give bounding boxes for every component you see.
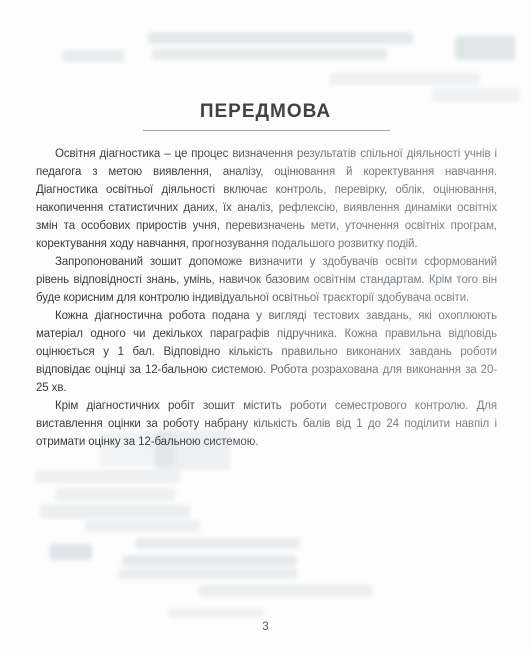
preface-paragraphs: Освітня діагностика – це процес визначен… <box>36 145 497 451</box>
paragraph: Освітня діагностика – це процес визначен… <box>36 145 497 253</box>
scanned-book-page: ПЕРЕДМОВА Освітня діагностика – це проце… <box>0 0 531 650</box>
bleed-through-artifact <box>35 470 180 483</box>
paragraph: Кожна діагностична робота подана у вигля… <box>36 307 497 397</box>
bleed-through-artifact <box>198 585 373 597</box>
bleed-through-artifact <box>40 505 190 518</box>
page-title: ПЕРЕДМОВА <box>0 101 531 123</box>
bleed-through-artifact <box>432 88 520 102</box>
page-number: 3 <box>0 621 531 633</box>
paragraph: Запропонований зошит допоможе визначити … <box>36 253 497 307</box>
bleed-through-artifact <box>455 36 515 60</box>
bleed-through-artifact <box>152 49 387 60</box>
bleed-through-artifact <box>330 73 480 85</box>
title-underline-rule <box>143 130 390 131</box>
bleed-through-artifact <box>122 555 297 566</box>
paragraph: Крім діагностичних робіт зошит містить р… <box>36 397 497 451</box>
bleed-through-artifact <box>85 520 200 532</box>
bleed-through-artifact <box>50 544 92 560</box>
bleed-through-artifact <box>55 488 175 501</box>
bleed-through-artifact <box>168 608 263 618</box>
bleed-through-artifact <box>135 538 300 549</box>
bleed-through-artifact <box>118 568 298 579</box>
bleed-through-artifact <box>62 50 124 62</box>
bleed-through-artifact <box>148 32 413 44</box>
